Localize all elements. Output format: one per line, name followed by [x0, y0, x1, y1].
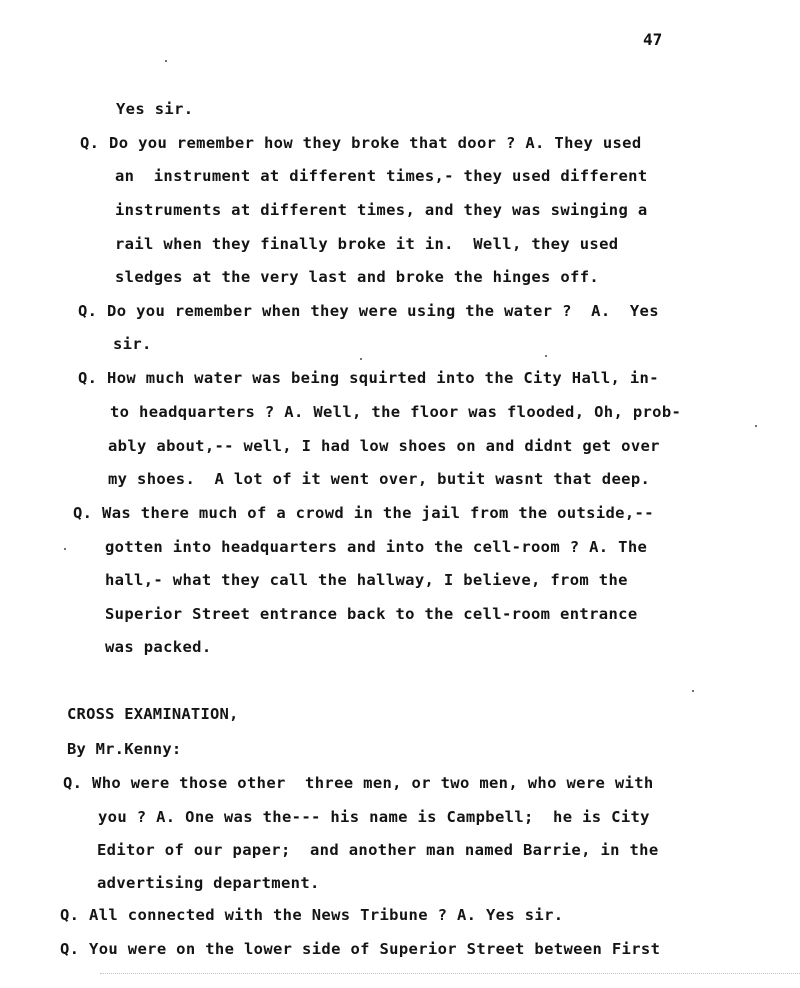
- examiner-label: By Mr.Kenny:: [67, 739, 181, 759]
- cross-line: Editor of our paper; and another man nam…: [97, 840, 659, 860]
- testimony-line: rail when they finally broke it in. Well…: [115, 234, 618, 254]
- scan-speck: [755, 425, 757, 427]
- testimony-line: instruments at different times, and they…: [115, 200, 648, 220]
- cross-line: Q. All connected with the News Tribune ?…: [60, 905, 563, 925]
- scan-speck: [545, 355, 547, 357]
- scan-edge-noise: [100, 973, 800, 975]
- section-heading: CROSS EXAMINATION,: [67, 704, 239, 724]
- cross-line: you ? A. One was the--- his name is Camp…: [98, 807, 650, 827]
- scan-speck: [692, 690, 694, 692]
- testimony-line: an instrument at different times,- they …: [115, 166, 648, 186]
- testimony-line: hall,- what they call the hallway, I bel…: [105, 570, 628, 590]
- testimony-line: was packed.: [105, 637, 212, 657]
- cross-line: Q. Who were those other three men, or tw…: [63, 773, 654, 793]
- testimony-line: Superior Street entrance back to the cel…: [105, 604, 638, 624]
- scan-speck: [360, 358, 362, 360]
- testimony-line: gotten into headquarters and into the ce…: [105, 537, 647, 557]
- cross-line: advertising department.: [97, 873, 320, 893]
- testimony-line: Q. How much water was being squirted int…: [78, 368, 659, 388]
- testimony-line: Q. Do you remember when they were using …: [78, 301, 659, 321]
- testimony-line: Q. Was there much of a crowd in the jail…: [73, 503, 654, 523]
- testimony-line: to headquarters ? A. Well, the floor was…: [110, 402, 681, 422]
- testimony-line: my shoes. A lot of it went over, butit w…: [108, 469, 650, 489]
- scan-speck: [64, 548, 66, 550]
- cross-line: Q. You were on the lower side of Superio…: [60, 939, 660, 959]
- document-page: 47 Yes sir. Q. Do you remember how they …: [0, 0, 800, 988]
- page-number: 47: [643, 30, 662, 49]
- testimony-line: Yes sir.: [116, 99, 193, 119]
- testimony-line: sledges at the very last and broke the h…: [115, 267, 599, 287]
- scan-speck: [165, 60, 167, 62]
- testimony-line: sir.: [113, 334, 152, 354]
- testimony-line: Q. Do you remember how they broke that d…: [80, 133, 642, 153]
- testimony-line: ably about,-- well, I had low shoes on a…: [108, 436, 660, 456]
